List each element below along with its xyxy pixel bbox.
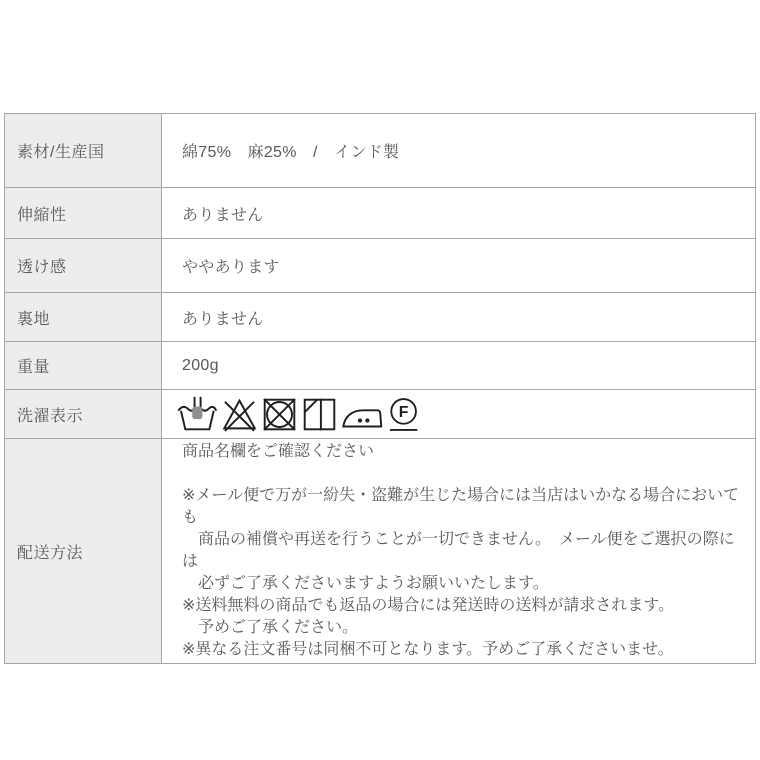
iron-medium-icon xyxy=(341,396,384,433)
shipping-note-line: 必ずご了承くださいますようお願いいたします。 xyxy=(182,573,745,595)
spec-row-sheerness: 透け感 ややあります xyxy=(5,239,756,293)
spec-value-sheerness: ややあります xyxy=(182,259,280,276)
line-dry-in-shade-icon xyxy=(301,396,338,433)
dry-clean-gentle-icon: F xyxy=(386,396,421,433)
spec-label-material: 素材/生産国 xyxy=(5,114,162,188)
shipping-blank-line xyxy=(182,463,745,485)
shipping-intro: 商品名欄をご確認ください xyxy=(182,441,745,463)
dry-clean-letter: F xyxy=(399,404,409,421)
spec-row-stretch: 伸縮性 ありません xyxy=(5,188,756,239)
spec-label-weight: 重量 xyxy=(5,342,162,390)
shipping-note-line: 商品の補償や再送を行うことが一切できません。 メール便をご選択の際には xyxy=(182,529,745,573)
spec-label-sheerness: 透け感 xyxy=(5,239,162,293)
spec-row-shipping: 配送方法 商品名欄をご確認ください ※メール便で万が一紛失・盗難が生じた場合には… xyxy=(5,439,756,664)
do-not-tumble-dry-icon xyxy=(261,396,298,433)
care-symbols: F xyxy=(177,396,745,433)
shipping-note-line: ※異なる注文番号は同梱不可となります。予めご了承くださいませ。 xyxy=(182,639,745,661)
product-spec-table: 素材/生産国 綿75% 麻25% / インド製 伸縮性 ありません 透け感 やや… xyxy=(4,113,756,664)
hand-wash-icon xyxy=(177,396,218,433)
spec-value-material: 綿75% 麻25% / インド製 xyxy=(182,144,399,161)
spec-row-lining: 裏地 ありません xyxy=(5,293,756,342)
shipping-note-line: ※メール便で万が一紛失・盗難が生じた場合には当店はいかなる場合においても xyxy=(182,485,745,529)
product-info-page: 素材/生産国 綿75% 麻25% / インド製 伸縮性 ありません 透け感 やや… xyxy=(0,0,760,760)
spec-value-lining: ありません xyxy=(182,311,264,328)
spec-label-shipping: 配送方法 xyxy=(5,439,162,664)
spec-label-stretch: 伸縮性 xyxy=(5,188,162,239)
spec-row-weight: 重量 200g xyxy=(5,342,756,390)
spec-value-weight: 200g xyxy=(182,357,219,374)
shipping-note-line: ※送料無料の商品でも返品の場合には発送時の送料が請求されます。 xyxy=(182,595,745,617)
shipping-note-line: 予めご了承ください。 xyxy=(182,617,745,639)
spec-label-care: 洗濯表示 xyxy=(5,390,162,439)
shipping-notes: 商品名欄をご確認ください ※メール便で万が一紛失・盗難が生じた場合には当店はいか… xyxy=(182,439,745,663)
spec-value-stretch: ありません xyxy=(182,207,264,224)
spec-row-care: 洗濯表示 xyxy=(5,390,756,439)
spec-label-lining: 裏地 xyxy=(5,293,162,342)
spec-row-material: 素材/生産国 綿75% 麻25% / インド製 xyxy=(5,114,756,188)
do-not-bleach-icon xyxy=(221,396,258,433)
